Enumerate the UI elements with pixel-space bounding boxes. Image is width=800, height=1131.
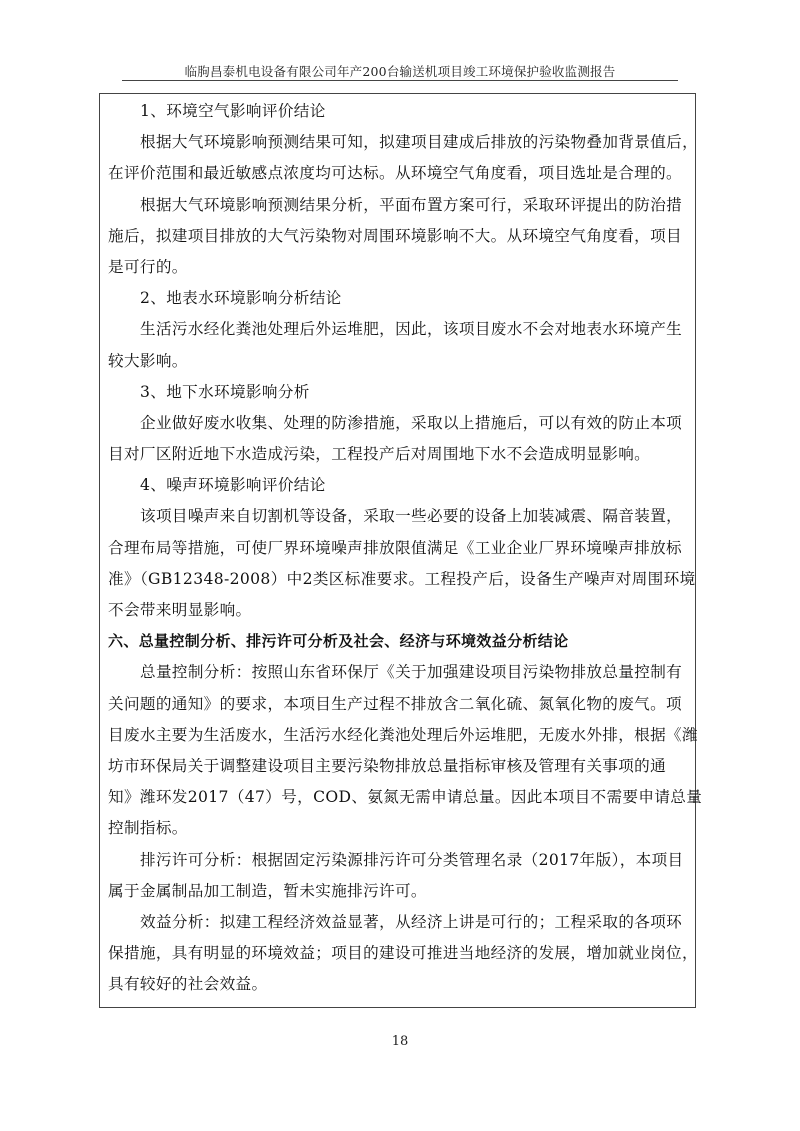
content-box: 1、环境空气影响评价结论 根据大气环境影响预测结果可知，拟建项目建成后排放的污染… (99, 93, 696, 1008)
paragraph-line: 关问题的通知》的要求，本项目生产过程不排放含二氧化硫、氮氧化物的废气。项 (108, 689, 689, 720)
paragraph-line: 根据大气环境影响预测结果分析，平面布置方案可行，采取环评提出的防治措 (108, 190, 689, 221)
subheading-air: 1、环境空气影响评价结论 (108, 96, 689, 127)
section-heading-six: 六、总量控制分析、排污许可分析及社会、经济与环境效益分析结论 (108, 626, 689, 657)
paragraph-line: 排污许可分析：根据固定污染源排污许可分类管理名录（2017年版），本项目 (108, 845, 689, 876)
paragraph-line: 总量控制分析：按照山东省环保厅《关于加强建设项目污染物排放总量控制有 (108, 657, 689, 688)
paragraph-line: 在评价范围和最近敏感点浓度均可达标。从环境空气角度看，项目选址是合理的。 (108, 158, 689, 189)
running-header: 临朐昌泰机电设备有限公司年产200台输送机项目竣工环境保护验收监测报告 (0, 62, 800, 80)
paragraph-line: 目对厂区附近地下水造成污染，工程投产后对周围地下水不会造成明显影响。 (108, 439, 689, 470)
paragraph-line: 较大影响。 (108, 346, 689, 377)
header-rule (122, 80, 678, 81)
paragraph-line: 知》潍环发2017（47）号，COD、氨氮无需申请总量。因此本项目不需要申请总量 (108, 782, 689, 813)
paragraph-line: 该项目噪声来自切割机等设备，采取一些必要的设备上加装减震、隔音装置， (108, 501, 689, 532)
subheading-groundwater: 3、地下水环境影响分析 (108, 377, 689, 408)
paragraph-line: 是可行的。 (108, 252, 689, 283)
paragraph-line: 具有较好的社会效益。 (108, 969, 689, 1000)
subheading-surface-water: 2、地表水环境影响分析结论 (108, 283, 689, 314)
paragraph-line: 坊市环保局关于调整建设项目主要污染物排放总量指标审核及管理有关事项的通 (108, 751, 689, 782)
subheading-noise: 4、噪声环境影响评价结论 (108, 470, 689, 501)
paragraph-line: 保措施，具有明显的环境效益；项目的建设可推进当地经济的发展，增加就业岗位， (108, 938, 689, 969)
paragraph-line: 控制指标。 (108, 813, 689, 844)
paragraph-line: 合理布局等措施，可使厂界环境噪声排放限值满足《工业企业厂界环境噪声排放标 (108, 533, 689, 564)
paragraph-line: 不会带来明显影响。 (108, 595, 689, 626)
paragraph-line: 属于金属制品加工制造，暂未实施排污许可。 (108, 876, 689, 907)
paragraph-line: 企业做好废水收集、处理的防渗措施，采取以上措施后，可以有效的防止本项 (108, 408, 689, 439)
paragraph-line: 目废水主要为生活废水，生活污水经化粪池处理后外运堆肥，无废水外排，根据《潍 (108, 720, 689, 751)
paragraph-line: 根据大气环境影响预测结果可知，拟建项目建成后排放的污染物叠加背景值后， (108, 127, 689, 158)
page-number: 18 (0, 1034, 800, 1049)
paragraph-line: 效益分析：拟建工程经济效益显著，从经济上讲是可行的；工程采取的各项环 (108, 907, 689, 938)
paragraph-line: 施后，拟建项目排放的大气污染物对周围环境影响不大。从环境空气角度看，项目 (108, 221, 689, 252)
paragraph-line: 准》（GB12348-2008）中2类区标准要求。工程投产后，设备生产噪声对周围… (108, 564, 689, 595)
paragraph-line: 生活污水经化粪池处理后外运堆肥，因此，该项目废水不会对地表水环境产生 (108, 314, 689, 345)
